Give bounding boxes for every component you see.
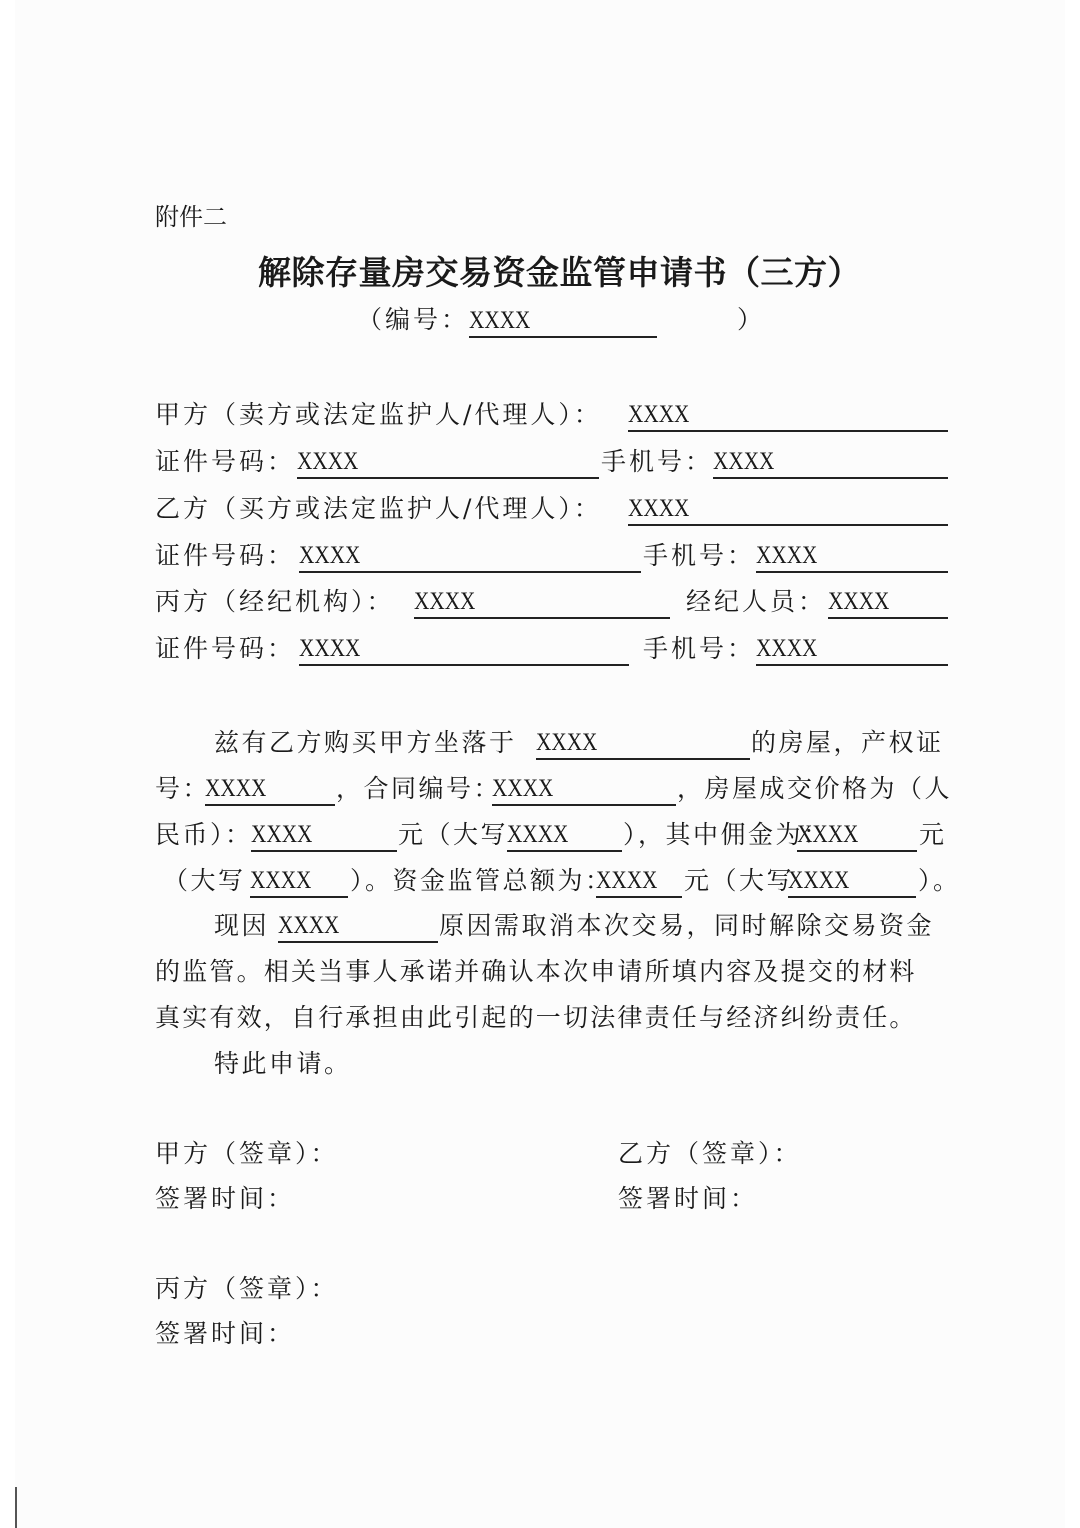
party-a-sign-time-label: 签署时间：	[155, 1182, 295, 1216]
party-b-sign-time-label: 签署时间：	[618, 1182, 758, 1216]
attachment-label: 附件二	[155, 200, 227, 234]
party-c-id-field[interactable]: XXXX	[299, 634, 629, 666]
serial-number: （编号：XXXX）	[357, 303, 765, 338]
serial-value-field[interactable]: XXXX	[469, 306, 657, 338]
body-line-1-end: 的房屋，产权证	[751, 726, 944, 760]
body-line-3-mid1: 元（大写	[398, 818, 508, 852]
property-cert-field[interactable]: XXXX	[205, 774, 335, 806]
body-line-6: 的监管。相关当事人承诺并确认本次申请所填内容及提交的材料	[155, 955, 917, 989]
body-line-7: 真实有效，自行承担由此引起的一切法律责任与经济纠纷责任。	[155, 1001, 917, 1035]
closing-statement: 特此申请。	[214, 1047, 352, 1081]
body-line-3-end: 元	[919, 818, 947, 852]
party-b-label: 乙方（买方或法定监护人/代理人）：	[155, 492, 602, 526]
party-b-id-field[interactable]: XXXX	[299, 541, 641, 573]
party-b-id-label: 证件号码：	[155, 539, 295, 573]
party-a-label: 甲方（卖方或法定监护人/代理人）：	[155, 400, 602, 429]
body-line-4-start: （大写	[163, 864, 246, 898]
party-c-phone-field[interactable]: XXXX	[756, 634, 948, 666]
body-line-5-end: 原因需取消本次交易，同时解除交易资金	[439, 909, 934, 943]
party-b-phone-label: 手机号：	[643, 539, 755, 573]
price-field[interactable]: XXXX	[251, 820, 397, 852]
body-line-2-end: ，房屋成交价格为（人	[677, 772, 952, 806]
body-line-2-start: 号：	[155, 772, 210, 806]
party-c-agent-label: 经纪人员：	[686, 585, 826, 619]
body-line-2-mid: ，合同编号：	[336, 772, 501, 806]
cancel-reason-field[interactable]: XXXX	[278, 911, 438, 943]
party-a-name-field[interactable]: XXXX	[628, 400, 948, 432]
body-line-1: 兹有乙方购买甲方坐落于	[214, 726, 517, 760]
serial-suffix: ）	[737, 305, 765, 334]
body-line-4-mid1: ）。资金监管总额为：	[350, 864, 613, 898]
property-location-field[interactable]: XXXX	[536, 728, 750, 760]
party-b-phone-field[interactable]: XXXX	[756, 541, 948, 573]
body-line-4-end: ）。	[918, 864, 961, 898]
party-c-sign-time-label: 签署时间：	[155, 1317, 295, 1351]
party-a-row: 甲方（卖方或法定监护人/代理人）：	[155, 398, 602, 432]
body-line-3-start: 民币）：	[155, 818, 253, 852]
body-line-4-mid2: 元（大写	[684, 864, 794, 898]
party-c-agency-field[interactable]: XXXX	[414, 587, 670, 619]
party-a-phone-label: 手机号：	[601, 445, 713, 479]
page-title: 解除存量房交易资金监管申请书（三方）	[258, 252, 861, 294]
commission-field[interactable]: XXXX	[797, 820, 917, 852]
party-a-id-field[interactable]: XXXX	[297, 447, 599, 479]
party-c-agent-field[interactable]: XXXX	[828, 587, 948, 619]
scan-edge-mark	[15, 1487, 17, 1528]
party-a-id-label: 证件号码：	[155, 445, 295, 479]
body-line-5-start: 现因	[214, 909, 269, 943]
party-c-id-label: 证件号码：	[155, 632, 295, 666]
total-amount-field[interactable]: XXXX	[596, 866, 682, 898]
commission-upper-field[interactable]: XXXX	[250, 866, 348, 898]
price-upper-field[interactable]: XXXX	[507, 820, 622, 852]
party-a-phone-field[interactable]: XXXX	[713, 447, 948, 479]
party-a-signature-label: 甲方（签章）：	[155, 1137, 339, 1171]
party-b-name-field[interactable]: XXXX	[628, 494, 948, 526]
total-upper-field[interactable]: XXXX	[788, 866, 916, 898]
serial-prefix: （编号：	[357, 305, 469, 334]
party-c-phone-label: 手机号：	[643, 632, 755, 666]
party-c-label: 丙方（经纪机构）：	[155, 585, 395, 619]
contract-no-field[interactable]: XXXX	[492, 774, 676, 806]
party-c-signature-label: 丙方（签章）：	[155, 1272, 339, 1306]
party-b-signature-label: 乙方（签章）：	[618, 1137, 802, 1171]
